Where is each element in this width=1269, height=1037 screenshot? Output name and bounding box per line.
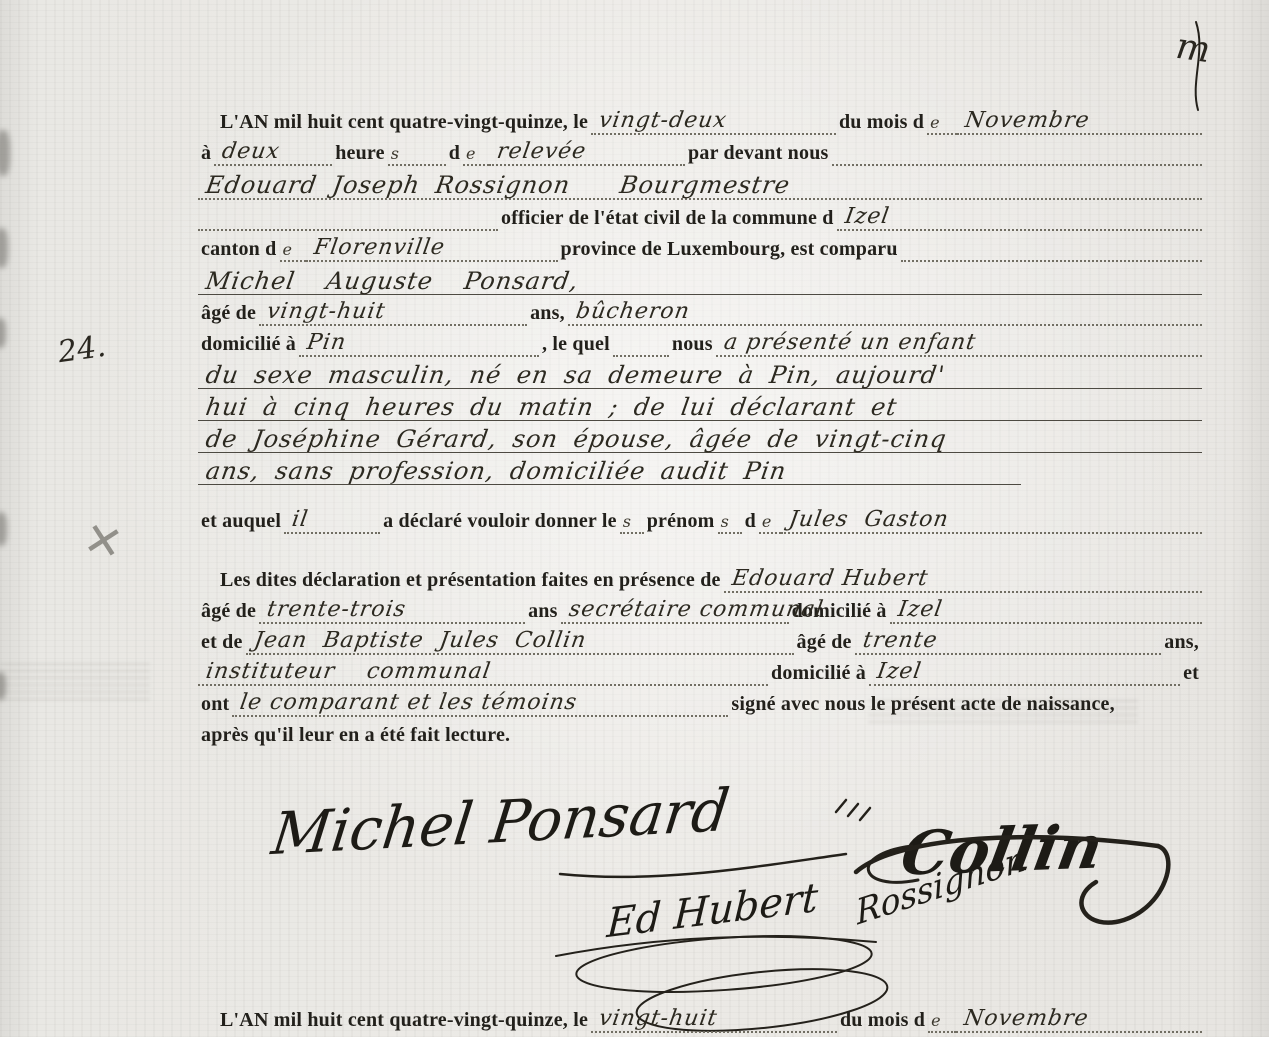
next-act-first-line: L'AN mil huit cent quatre-vingt-quinze, … [198,1002,1202,1033]
printed-text: domicilié à [198,333,299,357]
printed-text: prénom [644,510,718,534]
entry-witness2-age: trente [855,624,1162,655]
entry-witness2-domicile: Izel [869,655,1180,686]
form-line-witness2: et de Jean Baptiste Jules Collin âgé de … [198,624,1202,655]
entry-witness1-domicile: Izel [890,593,1202,624]
blank-rule [198,200,498,231]
form-line-declarant: Michel Auguste Ponsard, [198,262,1202,295]
form-line-officer: Edouard Joseph Rossignon Bourgmestre [198,166,1202,200]
entry-day: vingt-deux [591,104,836,135]
entry-pronoun: il [284,503,380,534]
entry-commune: Izel [837,200,1202,231]
printed-text: nous [669,333,716,357]
printed-text: canton d [198,238,280,262]
form-line-date: L'AN mil huit cent quatre-vingt-quinze, … [198,1002,1202,1033]
entry-witness1-profession: secrétaire communal [561,593,789,624]
show-through-smudge [0,662,150,700]
entry-month: Novembre [956,1002,1202,1033]
entry-month: Novembre [957,104,1202,135]
form-line-commune: officier de l'état civil de la commune d… [198,200,1202,231]
printed-text: âgé de [198,600,259,624]
entry-declarant-profession: bûcheron [568,295,1202,326]
printed-text: , le quel [539,333,613,357]
form-line-canton: canton d e Florenville province de Luxem… [198,231,1202,262]
printed-text: d [446,142,463,166]
printed-text: domicilié à [768,662,869,686]
entry-body-rule: du sexe masculin, né en sa demeure à Pin… [198,357,1202,389]
entry-letter: e [759,503,781,534]
printed-text: signé avec nous le présent acte de naiss… [728,693,1117,717]
printed-text: du mois d [837,1009,928,1033]
entry-body-rule: de Joséphine Gérard, son épouse, âgée de… [198,421,1202,453]
printed-text: par devant nous [685,142,831,166]
printed-text: ans [525,600,561,624]
printed-text: officier de l'état civil de la commune d [498,207,837,231]
form-line-declarant-age: âgé de vingt-huit ans, bûcheron [198,295,1202,326]
entry-child-names: Jules Gaston [781,503,1202,534]
entry-letter: s [620,503,644,534]
form-line-hour: à deux heure s d e relevée par devant no… [198,135,1202,166]
entry-declarant-age: vingt-huit [259,295,527,326]
entry-witness2-name: Jean Baptiste Jules Collin [246,624,794,655]
entry-hour: deux [214,135,332,166]
entry-letter: e [463,135,489,166]
form-line-signatories: ont le comparant et les témoins signé av… [198,686,1202,717]
printed-text: province de Luxembourg, est comparu [558,238,901,262]
printed-text: L'AN mil huit cent quatre-vingt-quinze, … [198,111,591,135]
blank-rule [613,326,669,357]
scanned-birth-certificate: 24. ✕ m L'AN mil huit cent quatre-vingt-… [0,0,1269,1037]
printed-text: et de [198,631,246,655]
record-number: 24. [56,329,108,370]
printed-text: âgé de [794,631,855,655]
form-line-witness2-profession: instituteur communal domicilié à Izel et [198,655,1202,686]
form-line-date: L'AN mil huit cent quatre-vingt-quinze, … [198,104,1202,135]
printed-text: L'AN mil huit cent quatre-vingt-quinze, … [198,1009,591,1033]
printed-text: Les dites déclaration et présentation fa… [198,569,724,593]
printed-text: ans, [527,302,568,326]
corner-paraph-mark: m [1173,26,1213,71]
printed-text: âgé de [198,302,259,326]
printed-text: ans, [1161,631,1202,655]
form-line-declarant-domicile: domicilié à Pin , le quel nous a présent… [198,326,1202,357]
blank-rule [901,231,1202,262]
entry-letter: s [718,503,742,534]
printed-text: après qu'il leur en a été fait lecture. [198,724,513,748]
handwritten-body-line: hui à cinq heures du matin ; de lui décl… [198,389,1202,421]
blank-rule [832,135,1203,166]
scan-edge-mark [0,130,10,176]
form-line-prenoms: et auquel il a déclaré vouloir donner le… [198,503,1202,534]
entry-child-presentation: a présenté un enfant [716,326,1202,357]
handwritten-body-line: du sexe masculin, né en sa demeure à Pin… [198,357,1202,389]
pencil-cross-mark: ✕ [79,511,128,572]
entry-canton: Florenville [306,231,558,262]
entry-body-rule: ans, sans profession, domiciliée audit P… [198,453,1021,485]
entry-letter: e [280,231,306,262]
entry-signatories: le comparant et les témoins [232,686,728,717]
scan-edge-mark [0,318,6,348]
form-line-witnesses-intro: Les dites déclaration et présentation fa… [198,562,1202,593]
scan-edge-mark [0,512,7,546]
entry-declarant-domicile: Pin [299,326,539,357]
entry-letter: e [927,104,957,135]
printed-text: heure [332,142,388,166]
printed-text: et [1180,662,1202,686]
entry-time-of-day: relevée [489,135,685,166]
entry-body-rule: hui à cinq heures du matin ; de lui décl… [198,389,1202,421]
entry-witness1-age: trente-trois [259,593,525,624]
entry-witness1-name: Edouard Hubert [724,562,1202,593]
scan-edge-mark [0,228,8,268]
entry-witness2-profession: instituteur communal [198,655,768,686]
handwritten-body-line: de Joséphine Gérard, son épouse, âgée de… [198,421,1202,453]
printed-text: a déclaré vouloir donner le [380,510,620,534]
entry-day: vingt-huit [591,1002,837,1033]
entry-declarant-name: Michel Auguste Ponsard, [198,262,1202,295]
act-body: L'AN mil huit cent quatre-vingt-quinze, … [198,104,1202,748]
printed-text: et auquel [198,510,284,534]
handwritten-body-line: ans, sans profession, domiciliée audit P… [198,453,1202,485]
entry-letter: e [928,1002,956,1033]
signature-hubert: Ed Hubert [606,875,820,948]
form-line-witness1: âgé de trente-trois ans secrétaire commu… [198,593,1202,624]
entry-officer-title: Bourgmestre [610,173,800,198]
entry-officer-name: Edouard Joseph Rossignon Bourgmestre [198,166,1202,200]
entry-hour-suffix: s [388,135,446,166]
printed-text: du mois d [836,111,927,135]
form-line-lecture: après qu'il leur en a été fait lecture. [198,717,1202,748]
signature-ponsard: Michel Ponsard [268,776,733,868]
printed-text: ont [198,693,232,717]
printed-text: d [742,510,759,534]
